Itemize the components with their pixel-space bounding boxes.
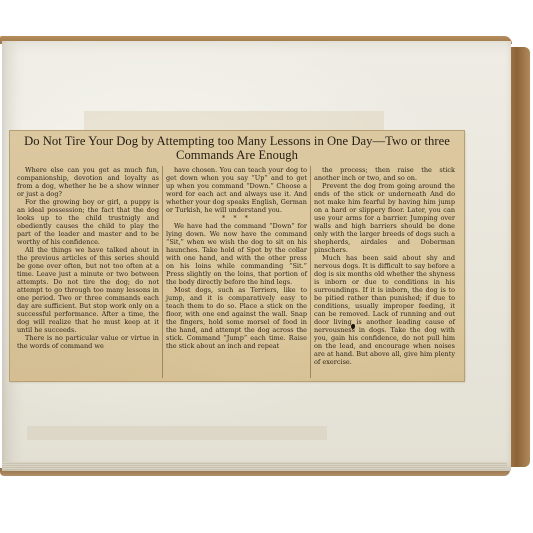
- article-column-2: have chosen. You can teach your dog to g…: [162, 166, 310, 378]
- paragraph: We have had the command “Down” for lying…: [166, 222, 307, 286]
- section-break: * * *: [166, 214, 307, 222]
- paragraph: have chosen. You can teach your dog to g…: [166, 166, 307, 214]
- scrapbook-photo: Do Not Tire Your Dog by Attempting too M…: [0, 0, 533, 533]
- article-column-1: Where else can you get as much fun, comp…: [14, 166, 162, 378]
- paragraph: Much has been said about shy and nervous…: [314, 254, 455, 366]
- newspaper-clipping: Do Not Tire Your Dog by Attempting too M…: [10, 131, 464, 381]
- album-cover-right-edge: [508, 47, 530, 467]
- paragraph: the process; then raise the stick anothe…: [314, 166, 455, 182]
- article-column-3: the process; then raise the stick anothe…: [310, 166, 458, 378]
- page-stack-edge: [2, 462, 507, 470]
- paragraph: Most dogs, such as Terriers, like to jum…: [166, 286, 307, 350]
- paragraph: For the growing boy or girl, a puppy is …: [17, 198, 159, 246]
- paragraph: All the things we have talked about in t…: [17, 246, 159, 334]
- article-columns: Where else can you get as much fun, comp…: [14, 166, 460, 378]
- paragraph: There is no particular value or virtue i…: [17, 334, 159, 350]
- paragraph: Prevent the dog from going around the en…: [314, 182, 455, 254]
- page-stain: [27, 426, 327, 440]
- ink-spot: [351, 324, 355, 329]
- paragraph: Where else can you get as much fun, comp…: [17, 166, 159, 198]
- headline: Do Not Tire Your Dog by Attempting too M…: [10, 134, 464, 162]
